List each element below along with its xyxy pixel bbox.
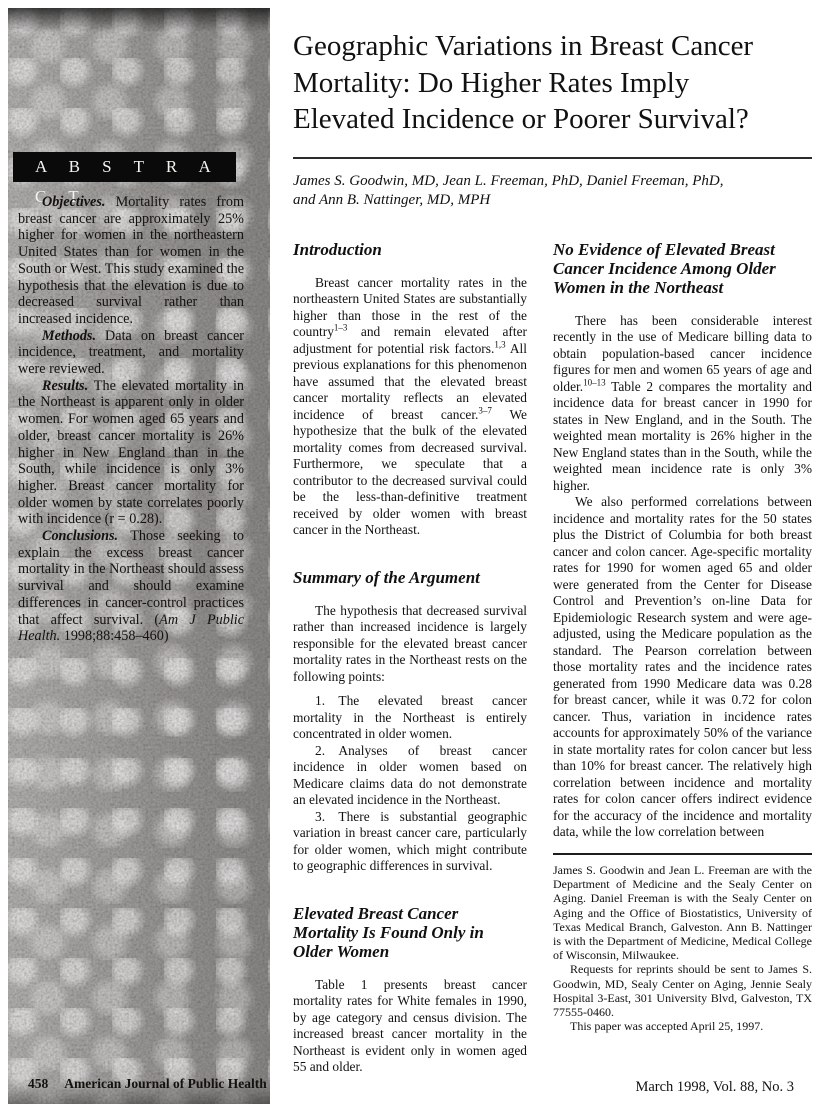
abstract-conclusions: Conclusions. Those seeking to explain th…: [18, 528, 244, 645]
footnote-divider: [553, 853, 812, 855]
heading-elevated-mortality: Elevated Breast Cancer Mortality Is Foun…: [293, 904, 527, 961]
abstract-objectives: Objectives. Mortality rates from breast …: [18, 194, 244, 328]
abstract-text: Objectives. Mortality rates from breast …: [8, 182, 270, 645]
article-title: Geographic Variations in Breast Cancer M…: [293, 28, 812, 138]
authors-line-2: and Ann B. Nattinger, MD, MPH: [293, 191, 812, 210]
column-right: No Evidence of Elevated Breast Cancer In…: [553, 240, 812, 1076]
no-evidence-paragraph-2: We also performed correlations between i…: [553, 494, 812, 841]
summary-point-1: 1. The elevated breast cancer mortality …: [293, 693, 527, 743]
abstract-sidebar: A B S T R A C T Objectives. Mortality ra…: [8, 8, 270, 1104]
heading-no-evidence: No Evidence of Elevated Breast Cancer In…: [553, 240, 812, 297]
affiliations-paragraph: James S. Goodwin and Jean L. Freeman are…: [553, 863, 812, 962]
abstract-results: Results. The elevated mortality in the N…: [18, 378, 244, 528]
heading-summary: Summary of the Argument: [293, 568, 527, 587]
elevated-mortality-paragraph: Table 1 presents breast cancer mortality…: [293, 977, 527, 1076]
authors-line-1: James S. Goodwin, MD, Jean L. Freeman, P…: [293, 172, 812, 191]
abstract-content: A B S T R A C T Objectives. Mortality ra…: [8, 152, 270, 645]
no-evidence-paragraph-1: There has been considerable interest rec…: [553, 313, 812, 495]
author-affiliations-footnote: James S. Goodwin and Jean L. Freeman are…: [553, 863, 812, 1033]
two-column-body: Introduction Breast cancer mortality rat…: [293, 240, 812, 1076]
title-line-2: Mortality: Do Higher Rates Imply: [293, 65, 812, 102]
footer-left: 458American Journal of Public Health: [28, 1076, 267, 1092]
summary-point-2: 2. Analyses of breast cancer incidence i…: [293, 743, 527, 809]
column-left: Introduction Breast cancer mortality rat…: [293, 240, 527, 1076]
summary-paragraph: The hypothesis that decreased survival r…: [293, 603, 527, 686]
heading-introduction: Introduction: [293, 240, 527, 259]
footer-issue-info: March 1998, Vol. 88, No. 3: [635, 1079, 794, 1096]
title-divider: [293, 157, 812, 159]
summary-point-3: 3. There is substantial geographic varia…: [293, 809, 527, 875]
introduction-paragraph: Breast cancer mortality rates in the nor…: [293, 275, 527, 539]
title-line-3: Elevated Incidence or Poorer Survival?: [293, 101, 812, 138]
article-main: Geographic Variations in Breast Cancer M…: [293, 0, 812, 1076]
accepted-paragraph: This paper was accepted April 25, 1997.: [553, 1019, 812, 1033]
journal-page: { "colors":{ "banner_bg":"#0a0a0a", "ban…: [0, 0, 816, 1112]
reprints-paragraph: Requests for reprints should be sent to …: [553, 962, 812, 1019]
author-byline: James S. Goodwin, MD, Jean L. Freeman, P…: [293, 172, 812, 210]
sidebar-top-shade: [8, 8, 270, 32]
journal-name: American Journal of Public Health: [64, 1076, 267, 1091]
title-line-1: Geographic Variations in Breast Cancer: [293, 28, 812, 65]
abstract-banner: A B S T R A C T: [13, 152, 236, 182]
abstract-methods: Methods. Data on breast cancer incidence…: [18, 328, 244, 378]
page-number: 458: [28, 1076, 48, 1091]
